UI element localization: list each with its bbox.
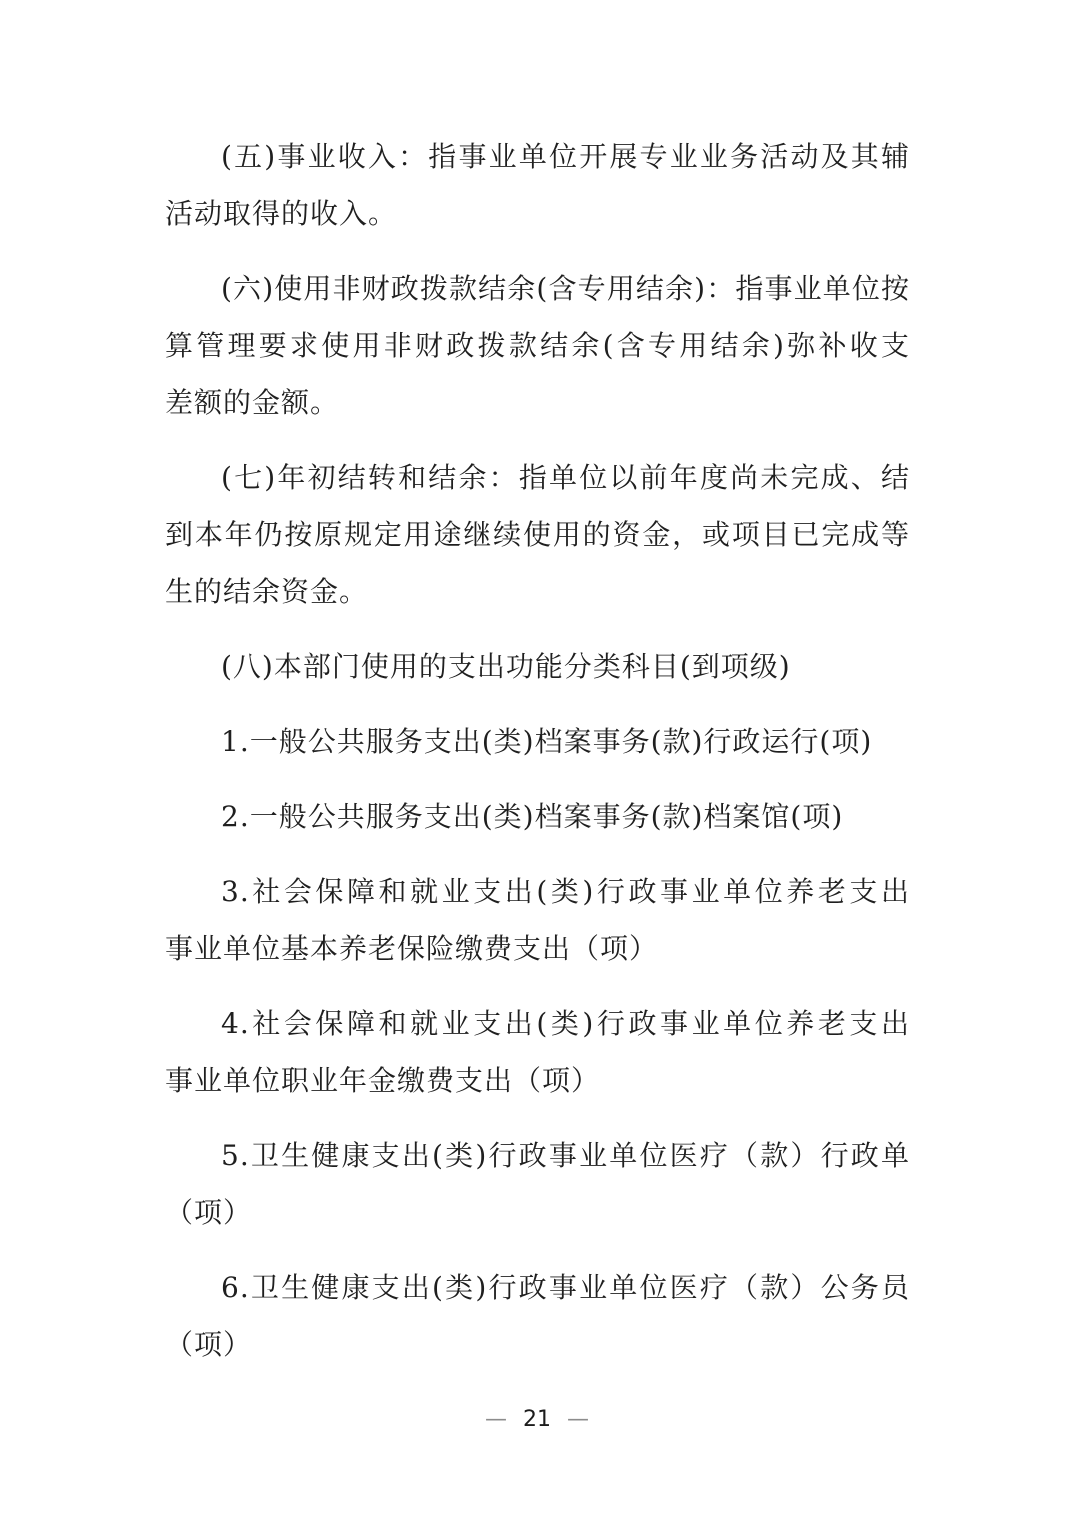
text-line: 2.一般公共服务支出(类)档案事务(款)档案馆(项) bbox=[165, 788, 910, 845]
page-footer: —21— bbox=[0, 1398, 1074, 1442]
list-item-1: 1.一般公共服务支出(类)档案事务(款)行政运行(项) bbox=[165, 713, 910, 770]
text-line: 4.社会保障和就业支出(类)行政事业单位养老支出（款）机关 bbox=[165, 995, 910, 1052]
text-line: 事业单位基本养老保险缴费支出（项） bbox=[165, 920, 910, 977]
text-line: （项） bbox=[165, 1316, 910, 1373]
text-line: 活动取得的收入。 bbox=[165, 185, 910, 242]
paragraph-definition-5-shiye-shouru: (五)事业收入：指事业单位开展专业业务活动及其辅助 活动取得的收入。 bbox=[165, 128, 910, 242]
text-line: (六)使用非财政拨款结余(含专用结余)：指事业单位按预 bbox=[165, 260, 910, 317]
text-line: 生的结余资金。 bbox=[165, 563, 910, 620]
footer-dash-left: — bbox=[485, 1407, 507, 1432]
paragraph-definition-7-nianchu-jiezhuan-jieyu: (七)年初结转和结余：指单位以前年度尚未完成、结转 到本年仍按原规定用途继续使用… bbox=[165, 449, 910, 620]
text-line: 5.卫生健康支出(类)行政事业单位医疗（款）行政单位医疗 bbox=[165, 1127, 910, 1184]
list-item-5: 5.卫生健康支出(类)行政事业单位医疗（款）行政单位医疗 （项） bbox=[165, 1127, 910, 1241]
text-line: （项） bbox=[165, 1184, 910, 1241]
text-line: 到本年仍按原规定用途继续使用的资金，或项目已完成等产 bbox=[165, 506, 910, 563]
text-line: 事业单位职业年金缴费支出（项） bbox=[165, 1052, 910, 1109]
document-body: (五)事业收入：指事业单位开展专业业务活动及其辅助 活动取得的收入。 (六)使用… bbox=[165, 128, 910, 1391]
paragraph-definition-6-feicaizheng-bokuan-jieyu: (六)使用非财政拨款结余(含专用结余)：指事业单位按预 算管理要求使用非财政拨款… bbox=[165, 260, 910, 431]
page-number: 21 bbox=[523, 1407, 551, 1432]
text-line: (七)年初结转和结余：指单位以前年度尚未完成、结转 bbox=[165, 449, 910, 506]
paragraph-heading-8-zhichu-gongneng-fenlei: (八)本部门使用的支出功能分类科目(到项级) bbox=[165, 638, 910, 695]
text-line: 6.卫生健康支出(类)行政事业单位医疗（款）公务员医疗补助 bbox=[165, 1259, 910, 1316]
list-item-2: 2.一般公共服务支出(类)档案事务(款)档案馆(项) bbox=[165, 788, 910, 845]
list-item-6: 6.卫生健康支出(类)行政事业单位医疗（款）公务员医疗补助 （项） bbox=[165, 1259, 910, 1373]
footer-dash-right: — bbox=[567, 1407, 589, 1432]
text-line: (八)本部门使用的支出功能分类科目(到项级) bbox=[165, 638, 910, 695]
list-item-4: 4.社会保障和就业支出(类)行政事业单位养老支出（款）机关 事业单位职业年金缴费… bbox=[165, 995, 910, 1109]
text-line: 差额的金额。 bbox=[165, 374, 910, 431]
text-line: 3.社会保障和就业支出(类)行政事业单位养老支出（款）机关 bbox=[165, 863, 910, 920]
text-line: (五)事业收入：指事业单位开展专业业务活动及其辅助 bbox=[165, 128, 910, 185]
list-item-3: 3.社会保障和就业支出(类)行政事业单位养老支出（款）机关 事业单位基本养老保险… bbox=[165, 863, 910, 977]
text-line: 算管理要求使用非财政拨款结余(含专用结余)弥补收支 bbox=[165, 317, 910, 374]
text-line: 1.一般公共服务支出(类)档案事务(款)行政运行(项) bbox=[165, 713, 910, 770]
document-page: (五)事业收入：指事业单位开展专业业务活动及其辅助 活动取得的收入。 (六)使用… bbox=[0, 0, 1074, 1520]
